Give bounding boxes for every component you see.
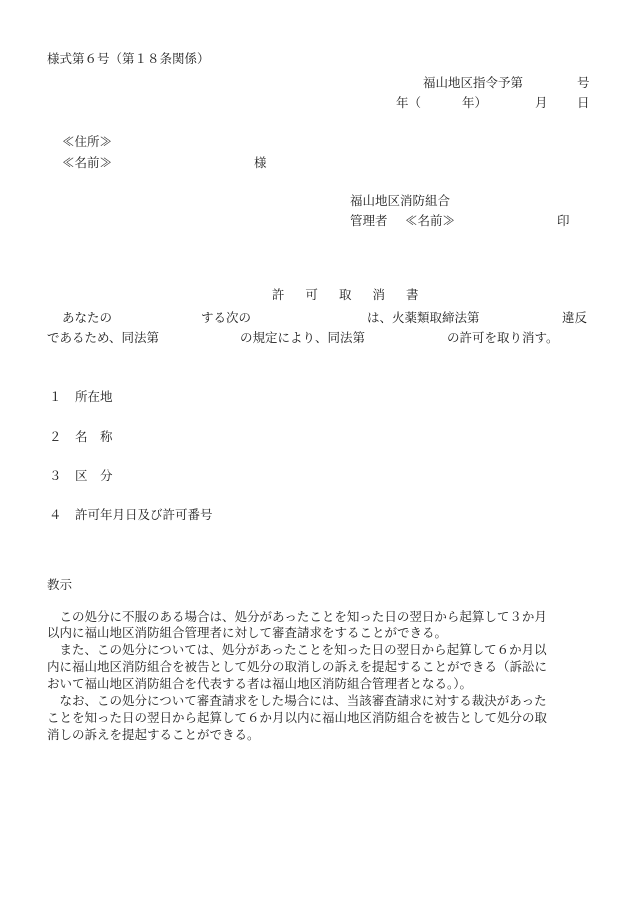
notice-line: 以内に福山地区消防組合管理者に対して審査請求をすることができる。 [47,625,447,641]
issuer-number-suffix: 号 [577,75,590,91]
date-month: 月 [535,95,548,111]
form-label: 様式第６号（第１８条関係） [47,51,210,67]
recipient-name: ≪名前≫ [62,155,112,171]
body-text: の規定により、同法第 [240,330,365,346]
item-number: ２ [49,429,62,445]
body-text: あなたの [62,310,112,326]
sender-role: 管理者 [350,213,388,229]
item-number: ４ [49,507,62,523]
date-year: 年（ [396,95,421,111]
item-label: 所在地 [75,389,113,405]
title-char: 可 [305,287,318,303]
notice-line: また、この処分については、処分があったことを知った日の翌日から起算して６か月以 [47,642,547,658]
notice-line: この処分に不服のある場合は、処分があったことを知った日の翌日から起算して３か月 [47,609,547,625]
notice-line: 消しの訴えを提起することができる。 [47,727,260,743]
title-char: 取 [339,287,352,303]
item-label: 名 称 [75,429,113,445]
notice-heading: 教示 [47,577,72,593]
issuer-number-prefix: 福山地区指令予第 [423,75,523,91]
recipient-address: ≪住所≫ [62,134,112,150]
title-char: 消 [372,287,385,303]
date-era-year: 年） [462,95,487,111]
notice-line: ことを知った日の翌日から起算して６か月以内に福山地区消防組合を被告として処分の取 [47,710,547,726]
notice-line: おいて福山地区消防組合を代表する者は福山地区消防組合管理者となる。）。 [47,676,472,692]
item-number: １ [49,389,62,405]
recipient-honorific: 様 [254,155,267,171]
title-char: 書 [406,287,419,303]
sender-name: ≪名前≫ [405,213,455,229]
body-text: の許可を取り消す。 [447,330,559,346]
body-text: は、火薬類取締法第 [367,310,480,326]
item-label: 区 分 [75,468,113,484]
body-text: する次の [201,310,251,326]
item-number: ３ [49,468,62,484]
body-text: 違反 [562,310,587,326]
title-char: 許 [272,287,285,303]
date-day: 日 [577,95,590,111]
seal-mark: 印 [557,213,570,229]
notice-line: 内に福山地区消防組合を被告として処分の取消しの訴えを提起することができる（訴訟に [47,659,547,675]
notice-line: なお、この処分について審査請求をした場合には、当該審査請求に対する裁決があった [47,693,547,709]
item-label: 許可年月日及び許可番号 [75,507,213,523]
sender-organization: 福山地区消防組合 [350,193,450,209]
body-text: であるため、同法第 [47,330,159,346]
